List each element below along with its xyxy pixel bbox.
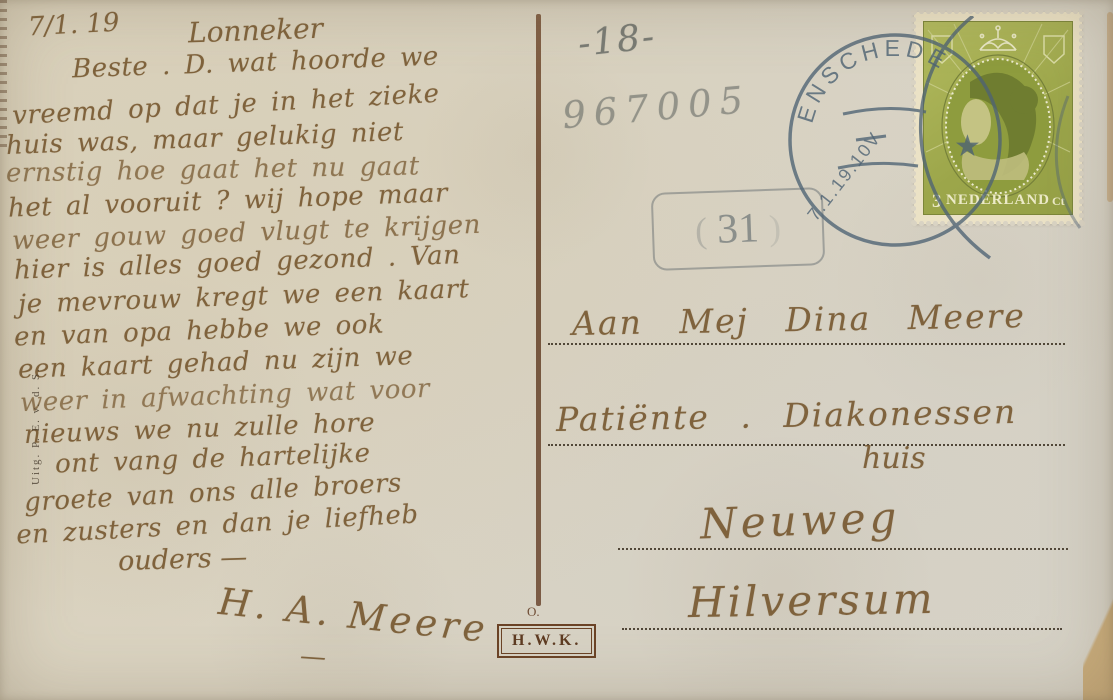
stamp-artwork: NEDERLAND 3 Ct	[924, 22, 1072, 214]
sorting-number: 31	[716, 204, 760, 253]
signature-dash: —	[299, 641, 327, 673]
sorting-number-paren-close: )	[768, 207, 781, 249]
address-institution-suffix: huis	[862, 441, 926, 476]
publisher-imprint: Uitg. P. E. v. d. S.	[30, 295, 42, 485]
address-rule-3	[618, 548, 1068, 550]
torn-corner	[1083, 590, 1113, 700]
address-street: Neuweg	[699, 493, 901, 549]
stamp-inscriptions: NEDERLAND 3 Ct	[932, 191, 1065, 212]
message-date: 7/1. 19	[27, 8, 120, 43]
message-place: Lonneker	[187, 12, 323, 50]
pencil-price-note: -18-	[576, 16, 658, 65]
stamp-perforation	[911, 220, 1085, 228]
postmark-inner-bar	[856, 136, 886, 140]
postage-stamp: NEDERLAND 3 Ct	[914, 12, 1082, 224]
address-recipient: Aan Mej Dina Meere	[572, 296, 1026, 343]
stamp-country-label: NEDERLAND	[946, 192, 1050, 208]
address-institution: Patiënte . Diakonessen	[556, 392, 1018, 439]
divider-rule	[536, 14, 541, 606]
divider-ornament: O.	[527, 604, 540, 620]
address-rule-2	[548, 444, 1065, 446]
address-city: Hilversum	[688, 574, 936, 627]
stamp-frame: NEDERLAND 3 Ct	[923, 21, 1073, 215]
address-rule-4	[622, 628, 1062, 630]
worn-edge	[1107, 12, 1113, 202]
deckled-edge	[0, 0, 7, 150]
stamp-perforation	[1078, 9, 1086, 227]
sorting-number-paren-open: (	[694, 209, 707, 251]
pencil-number-note: 967005	[560, 78, 752, 137]
printer-mark-label: H.W.K.	[501, 628, 592, 654]
printer-mark-box: H.W.K.	[497, 624, 596, 658]
sorting-number-box: ( 31 )	[651, 187, 826, 271]
message-line: Beste . D. wat hoorde we	[72, 42, 440, 85]
stamp-perforation	[911, 8, 1085, 16]
signature: H. A. Meere	[216, 580, 490, 651]
stamp-value: 3	[932, 191, 942, 212]
message-closing: ouders —	[117, 542, 247, 577]
address-rule-1	[548, 343, 1065, 345]
stamp-perforation	[910, 9, 918, 227]
postcard-back: 7/1. 19 Lonneker Beste . D. wat hoorde w…	[0, 0, 1113, 700]
crown-icon	[980, 26, 1016, 50]
postmark-inner-bar	[838, 163, 918, 168]
stamp-currency: Ct	[1052, 194, 1065, 208]
